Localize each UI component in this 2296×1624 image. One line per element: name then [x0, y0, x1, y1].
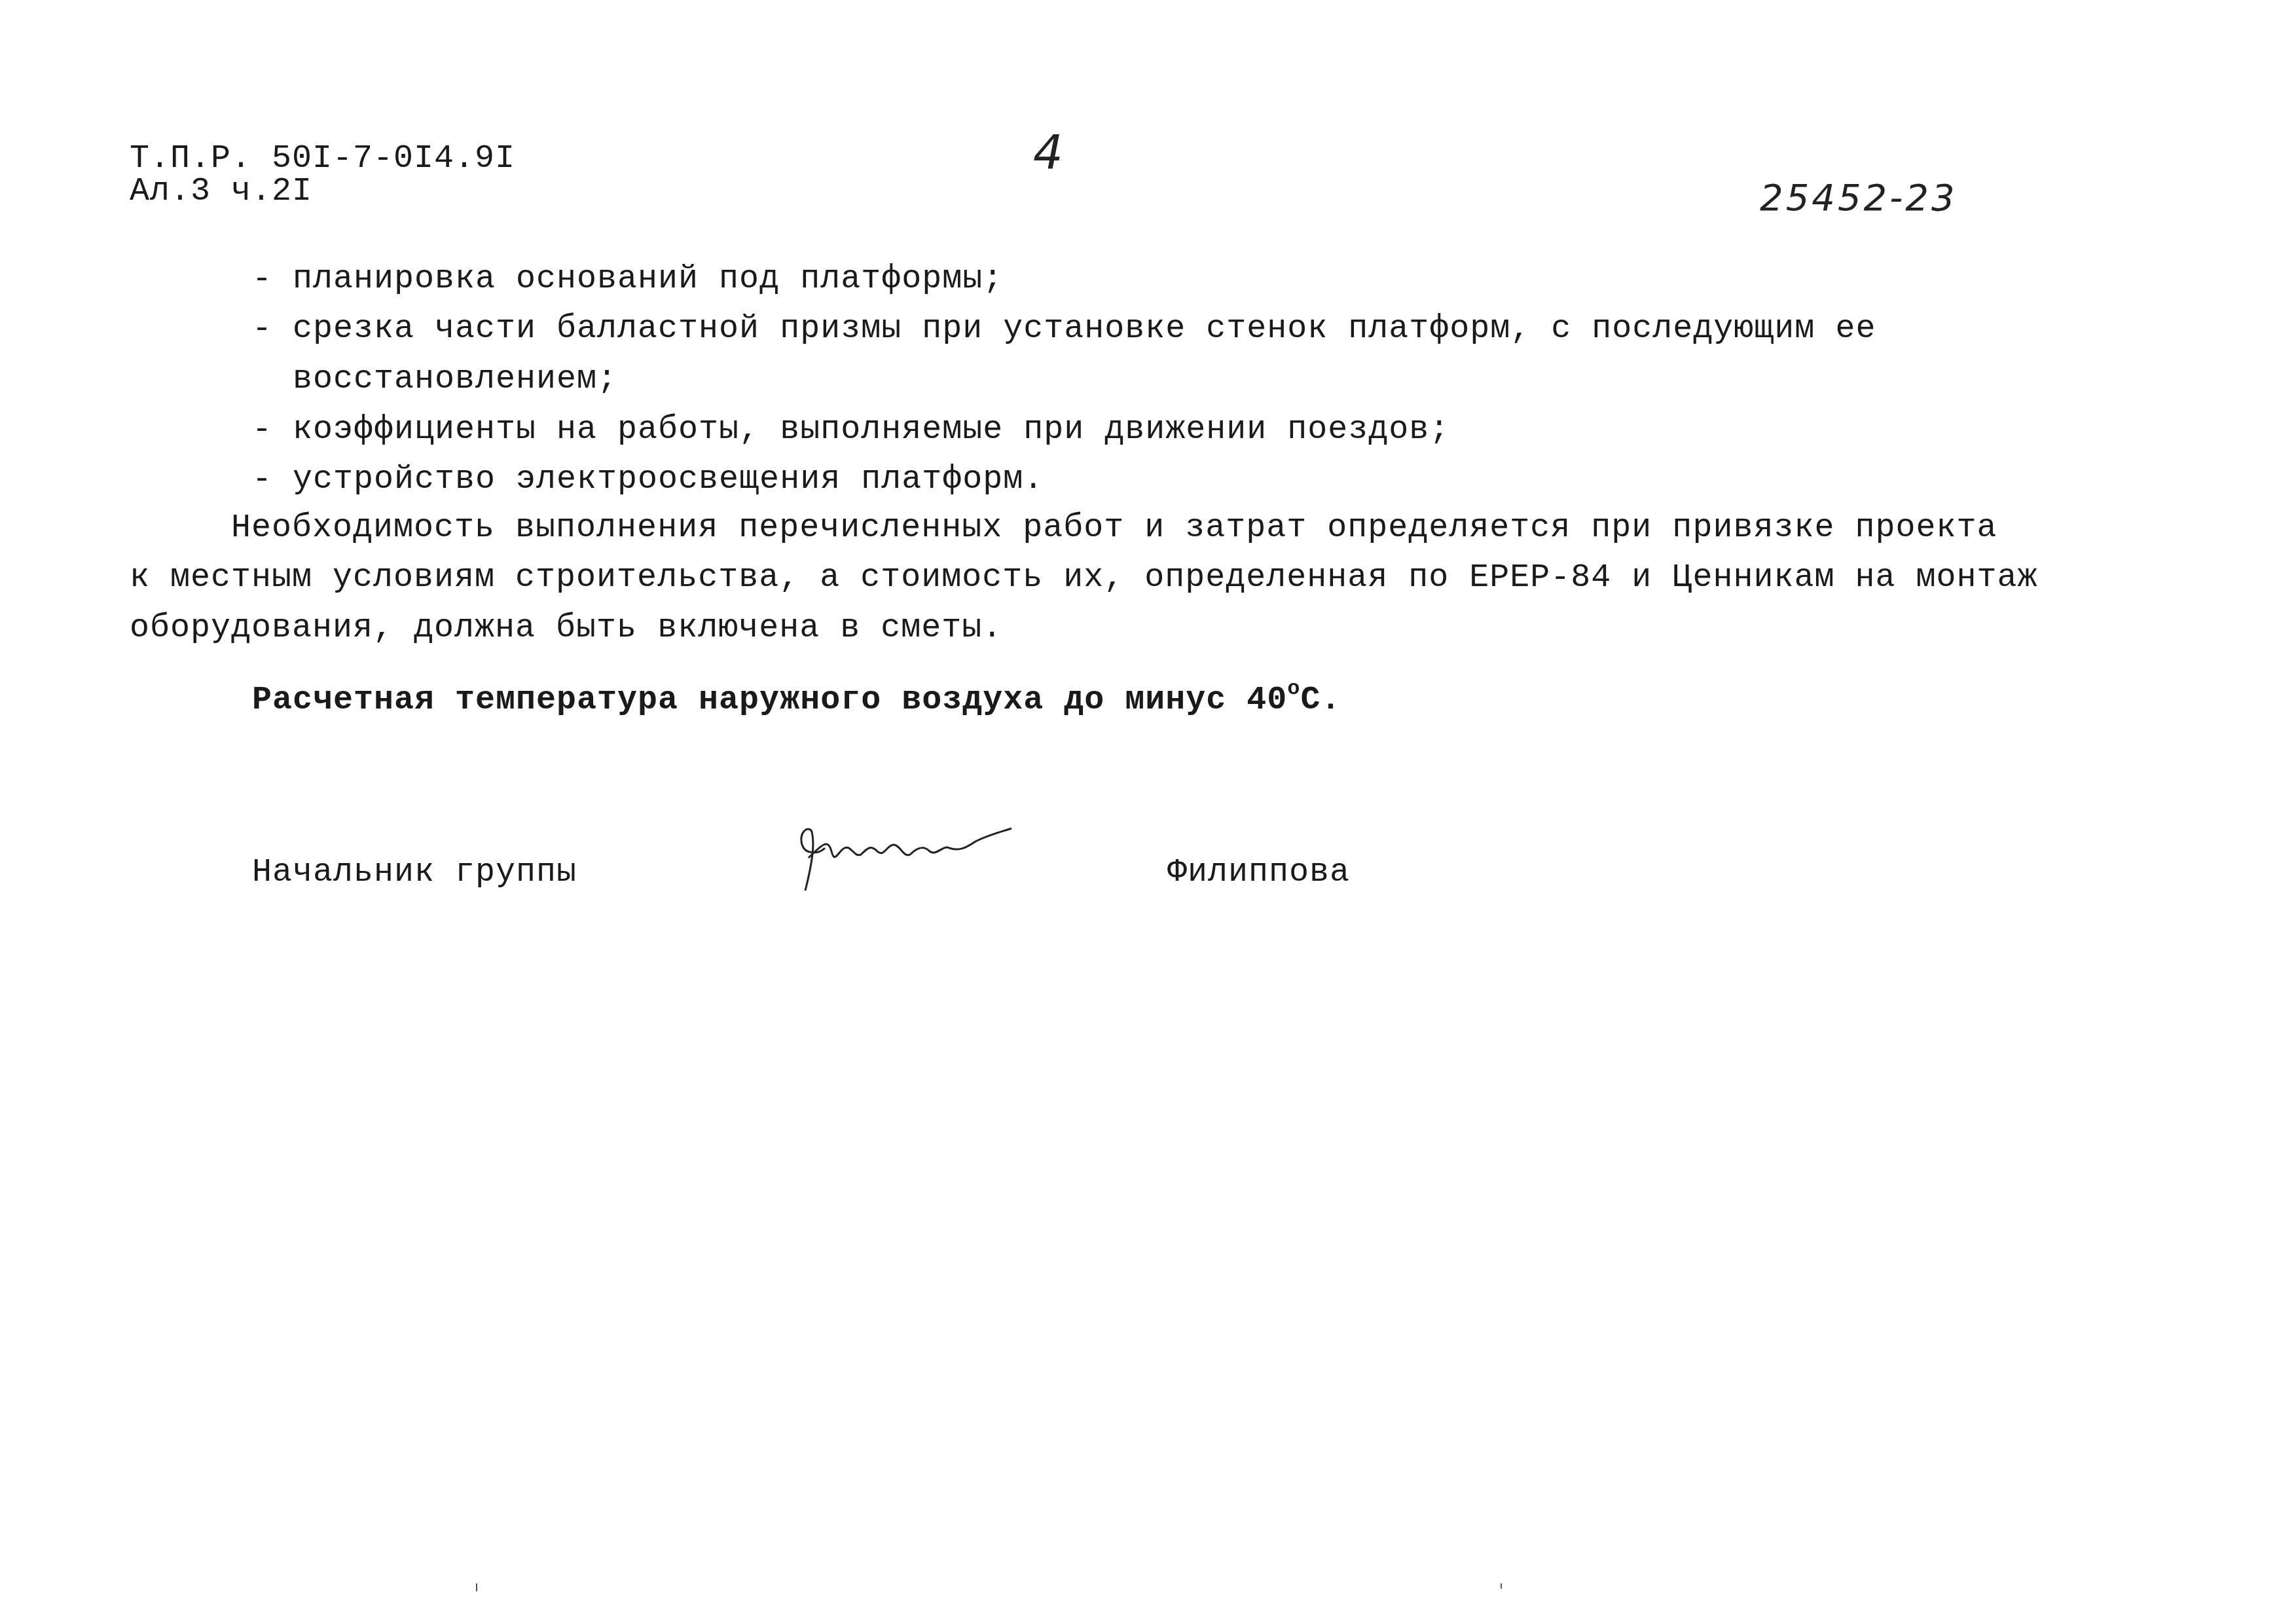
- scan-mark: [476, 1583, 477, 1591]
- album-part: Ал.3 ч.2I: [130, 175, 312, 208]
- page-number: 4: [1033, 124, 1063, 179]
- list-item: - устройство электроосвещения платформ.: [252, 464, 1044, 496]
- list-item: - коэффициенты на работы, выполняемые пр…: [252, 414, 1449, 447]
- temperature-note: Расчетная температура наружного воздуха …: [252, 678, 1341, 717]
- inventory-number: 25452-23: [1760, 177, 1958, 219]
- paragraph-line: к местным условиям строительства, а стои…: [130, 562, 2037, 595]
- signer-name: Филиппова: [1167, 857, 1350, 889]
- paragraph-line: Необходимость выполнения перечисленных р…: [130, 512, 1997, 545]
- signer-position: Начальник группы: [252, 857, 577, 889]
- handwritten-signature: [792, 819, 1106, 897]
- paragraph-line: оборудования, должна быть включена в сме…: [130, 612, 1002, 645]
- doc-code: Т.П.Р. 50I-7-0I4.9I: [130, 143, 515, 175]
- list-item: - срезка части балластной призмы при уст…: [252, 313, 1876, 346]
- list-item: - планировка оснований под платформы;: [252, 263, 1003, 296]
- list-item: восстановлением;: [252, 363, 617, 396]
- scan-mark: [1501, 1583, 1502, 1589]
